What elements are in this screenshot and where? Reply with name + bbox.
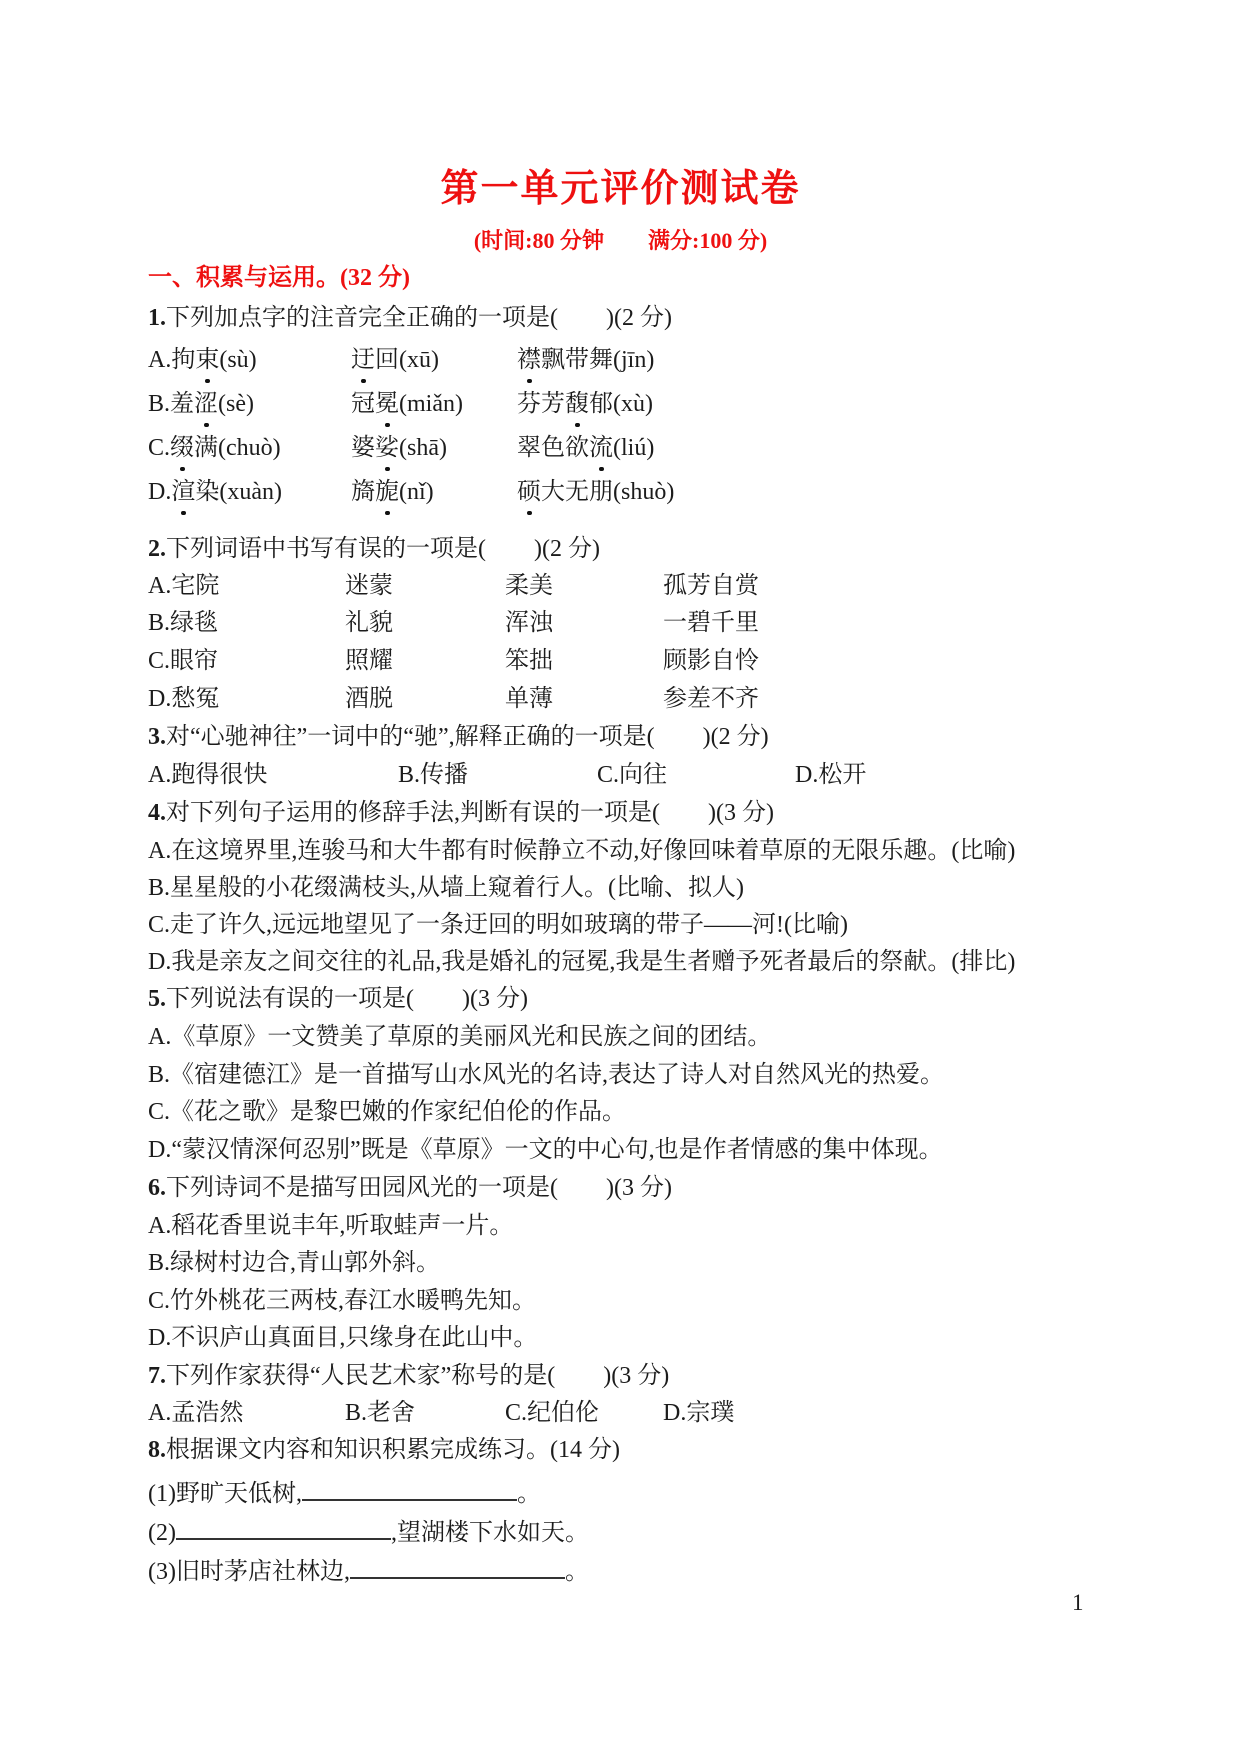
- q4-option-b: B.星星般的小花缀满枝头,从墙上窥着行人。(比喻、拟人): [148, 873, 744, 903]
- pinyin: 飘带舞(jīn): [541, 347, 654, 373]
- pinyin: (miǎn): [399, 391, 463, 417]
- q2-option-c4: 顾影自怜: [663, 646, 759, 676]
- text: C.: [148, 435, 170, 461]
- emphasis-char: 迂: [351, 345, 375, 375]
- q3-option-d: D.松开: [795, 760, 866, 790]
- question-8-text: 根据课文内容和知识积累完成练习。(14 分): [166, 1437, 620, 1463]
- question-1-stem: 1.下列加点字的注音完全正确的一项是( )(2 分): [148, 303, 672, 333]
- doc-title: 第一单元评价测试卷: [0, 166, 1241, 214]
- q2-option-d3: 单薄: [505, 684, 663, 714]
- q7-option-d: D.宗璞: [663, 1398, 734, 1428]
- q1-option-a3: 襟飘带舞(jīn): [517, 345, 654, 375]
- question-5-number: 5.: [148, 986, 166, 1012]
- q1-option-b1: B.羞涩(sè): [148, 389, 345, 419]
- section-1-heading: 一、积累与运用。(32 分): [148, 263, 410, 293]
- q2-option-b1: B.绿毯: [148, 608, 345, 638]
- q1-option-row-d: D.渲染(xuàn) 旖旎(nǐ) 硕大无朋(shuò): [148, 477, 674, 507]
- q1-option-d2: 旖旎(nǐ): [351, 477, 511, 507]
- q1-option-c3: 翠色欲流(liú): [517, 433, 654, 463]
- q7-option-c: C.纪伯伦: [505, 1398, 663, 1428]
- q5-option-a: A.《草原》一文赞美了草原的美丽风光和民族之间的团结。: [148, 1022, 771, 1052]
- blank-line-pre: (3)旧时茅店社林边,: [148, 1559, 350, 1585]
- q4-option-c: C.走了许久,远远地望见了一条迂回的明如玻璃的带子——河!(比喻): [148, 910, 848, 940]
- emphasis-char: 束: [195, 345, 219, 375]
- question-2-number: 2.: [148, 536, 166, 562]
- q2-option-a3: 柔美: [505, 571, 663, 601]
- q5-option-b: B.《宿建德江》是一首描写山水风光的名诗,表达了诗人对自然风光的热爱。: [148, 1060, 944, 1090]
- q2-option-row-c: C.眼帘照耀笨拙顾影自怜: [148, 646, 759, 676]
- q6-option-b: B.绿树村边合,青山郭外斜。: [148, 1248, 440, 1278]
- question-4-stem: 4.对下列句子运用的修辞手法,判断有误的一项是( )(3 分): [148, 798, 774, 828]
- q3-option-c: C.向往: [597, 760, 795, 790]
- q2-option-a1: A.宅院: [148, 571, 345, 601]
- emphasis-char: 硕: [517, 477, 541, 507]
- emphasis-char: 渲: [171, 477, 195, 507]
- question-2-text: 下列词语中书写有误的一项是( )(2 分): [166, 536, 600, 562]
- question-6-text: 下列诗词不是描写田园风光的一项是( )(3 分): [166, 1175, 672, 1201]
- page-number: 1: [1072, 1590, 1084, 1616]
- q2-option-c1: C.眼帘: [148, 646, 345, 676]
- answer-blank[interactable]: [350, 1551, 565, 1579]
- q2-option-b2: 礼貌: [345, 608, 505, 638]
- question-1-number: 1.: [148, 305, 166, 331]
- text: 婆: [351, 435, 375, 461]
- blank-line-post: ,望湖楼下水如天。: [391, 1520, 589, 1546]
- text: 芬芳: [517, 391, 565, 417]
- question-7-stem: 7.下列作家获得“人民艺术家”称号的是( )(3 分): [148, 1361, 669, 1391]
- question-3-text: 对“心驰神往”一词中的“驰”,解释正确的一项是( )(2 分): [166, 724, 769, 750]
- q8-blank-line-3: (3)旧时茅店社林边,。: [148, 1551, 589, 1587]
- emphasis-char: 缀: [170, 433, 194, 463]
- q6-option-d: D.不识庐山真面目,只缘身在此山中。: [148, 1323, 537, 1353]
- question-7-text: 下列作家获得“人民艺术家”称号的是( )(3 分): [166, 1363, 669, 1389]
- blank-line-pre: (1)野旷天低树,: [148, 1481, 302, 1507]
- emphasis-char: 旎: [375, 477, 399, 507]
- q1-option-c2: 婆娑(shā): [351, 433, 511, 463]
- blank-line-post: 。: [565, 1559, 589, 1585]
- emphasis-char: 馥: [565, 389, 589, 419]
- pinyin: 染(xuàn): [195, 479, 282, 505]
- answer-blank[interactable]: [302, 1473, 517, 1501]
- question-6-stem: 6.下列诗词不是描写田园风光的一项是( )(3 分): [148, 1173, 672, 1203]
- q2-option-a2: 迷蒙: [345, 571, 505, 601]
- q3-option-b: B.传播: [398, 760, 597, 790]
- q1-option-a1: A.拘束(sù): [148, 345, 345, 375]
- pinyin: 大无朋(shuò): [541, 479, 674, 505]
- q4-option-a: A.在这境界里,连骏马和大牛都有时候静立不动,好像回味着草原的无限乐趣。(比喻): [148, 836, 1015, 866]
- q1-option-d3: 硕大无朋(shuò): [517, 477, 674, 507]
- emphasis-char: 襟: [517, 345, 541, 375]
- q2-option-row-d: D.愁冤酒脱单薄参差不齐: [148, 684, 759, 714]
- emphasis-char: 流: [589, 433, 613, 463]
- question-5-stem: 5.下列说法有误的一项是( )(3 分): [148, 984, 528, 1014]
- blank-line-pre: (2): [148, 1520, 176, 1546]
- question-1-text: 下列加点字的注音完全正确的一项是( )(2 分): [166, 305, 672, 331]
- q1-option-a2: 迂回(xū): [351, 345, 511, 375]
- pinyin: 回(xū): [375, 347, 439, 373]
- q5-option-c: C.《花之歌》是黎巴嫩的作家纪伯伦的作品。: [148, 1097, 626, 1127]
- q7-option-a: A.孟浩然: [148, 1398, 345, 1428]
- q1-option-b3: 芬芳馥郁(xù): [517, 389, 653, 419]
- test-paper-page: 第一单元评价测试卷 (时间:80 分钟 满分:100 分) 一、积累与运用。(3…: [0, 0, 1241, 1755]
- pinyin: (shā): [399, 435, 447, 461]
- pinyin: (liú): [613, 435, 654, 461]
- q2-option-row-a: A.宅院迷蒙柔美孤芳自赏: [148, 571, 759, 601]
- q6-option-a: A.稻花香里说丰年,听取蛙声一片。: [148, 1211, 513, 1241]
- q2-option-d4: 参差不齐: [663, 684, 759, 714]
- question-5-text: 下列说法有误的一项是( )(3 分): [166, 986, 528, 1012]
- q7-option-b: B.老舍: [345, 1398, 505, 1428]
- question-4-number: 4.: [148, 800, 166, 826]
- q2-option-d1: D.愁冤: [148, 684, 345, 714]
- text: A.拘: [148, 347, 195, 373]
- emphasis-char: 涩: [194, 389, 218, 419]
- q1-option-row-c: C.缀满(chuò) 婆娑(shā) 翠色欲流(liú): [148, 433, 654, 463]
- q2-option-c2: 照耀: [345, 646, 505, 676]
- question-3-stem: 3.对“心驰神往”一词中的“驰”,解释正确的一项是( )(2 分): [148, 722, 769, 752]
- pinyin: (sè): [218, 391, 254, 417]
- q2-option-b3: 浑浊: [505, 608, 663, 638]
- question-3-number: 3.: [148, 724, 166, 750]
- q1-option-c1: C.缀满(chuò): [148, 433, 345, 463]
- q8-blank-line-2: (2),望湖楼下水如天。: [148, 1512, 589, 1548]
- q2-option-b4: 一碧千里: [663, 608, 759, 638]
- q1-option-row-a: A.拘束(sù) 迂回(xū) 襟飘带舞(jīn): [148, 345, 654, 375]
- q8-blank-line-1: (1)野旷天低树,。: [148, 1473, 541, 1509]
- text: 旖: [351, 479, 375, 505]
- blank-line-post: 。: [517, 1481, 541, 1507]
- q6-option-c: C.竹外桃花三两枝,春江水暖鸭先知。: [148, 1286, 536, 1316]
- question-2-stem: 2.下列词语中书写有误的一项是( )(2 分): [148, 534, 600, 564]
- pinyin: 郁(xù): [589, 391, 653, 417]
- emphasis-char: 娑: [375, 433, 399, 463]
- text: B.羞: [148, 391, 194, 417]
- doc-subtitle: (时间:80 分钟 满分:100 分): [0, 227, 1241, 255]
- q1-option-row-b: B.羞涩(sè) 冠冕(miǎn) 芬芳馥郁(xù): [148, 389, 653, 419]
- q1-option-d1: D.渲染(xuàn): [148, 477, 345, 507]
- pinyin: (nǐ): [399, 479, 434, 505]
- q1-option-b2: 冠冕(miǎn): [351, 389, 511, 419]
- answer-blank[interactable]: [176, 1512, 391, 1540]
- question-6-number: 6.: [148, 1175, 166, 1201]
- q3-option-a: A.跑得很快: [148, 760, 398, 790]
- question-4-text: 对下列句子运用的修辞手法,判断有误的一项是( )(3 分): [166, 800, 774, 826]
- q4-option-d: D.我是亲友之间交往的礼品,我是婚礼的冠冕,我是生者赠予死者最后的祭献。(排比): [148, 947, 1015, 977]
- question-8-number: 8.: [148, 1437, 166, 1463]
- q2-option-row-b: B.绿毯礼貌浑浊一碧千里: [148, 608, 759, 638]
- question-7-number: 7.: [148, 1363, 166, 1389]
- q2-option-a4: 孤芳自赏: [663, 571, 759, 601]
- text: D.: [148, 479, 171, 505]
- q7-options-row: A.孟浩然B.老舍C.纪伯伦D.宗璞: [148, 1398, 734, 1428]
- text: 翠色欲: [517, 435, 589, 461]
- q2-option-c3: 笨拙: [505, 646, 663, 676]
- pinyin: 满(chuò): [194, 435, 281, 461]
- pinyin: (sù): [219, 347, 256, 373]
- text: 冠: [351, 391, 375, 417]
- q2-option-d2: 酒脱: [345, 684, 505, 714]
- q5-option-d: D.“蒙汉情深何忍别”既是《草原》一文的中心句,也是作者情感的集中体现。: [148, 1135, 943, 1165]
- q3-options-row: A.跑得很快B.传播C.向往D.松开: [148, 760, 866, 790]
- emphasis-char: 冕: [375, 389, 399, 419]
- question-8-stem: 8.根据课文内容和知识积累完成练习。(14 分): [148, 1435, 620, 1465]
